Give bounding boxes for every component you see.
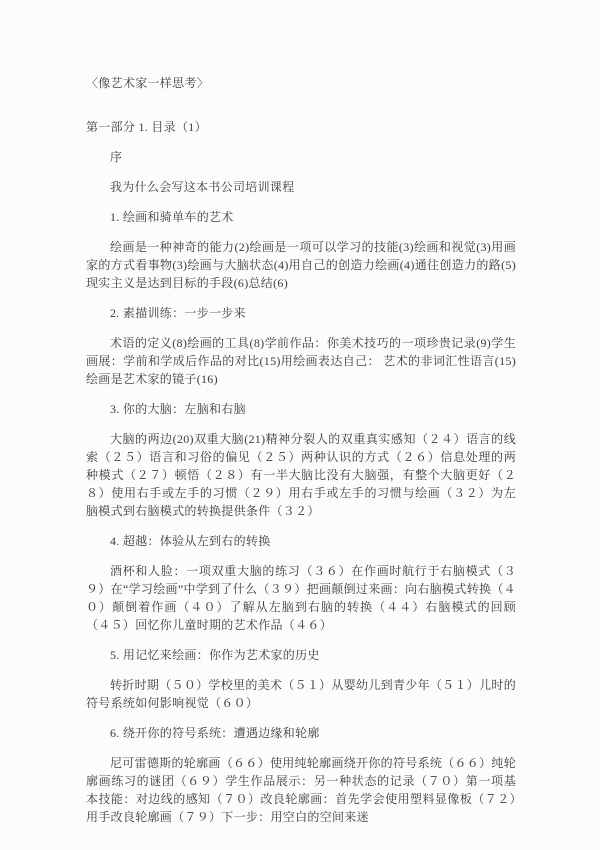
part-heading: 第一部分 1. 目录（1） [86,118,516,136]
book-title: 〈像艺术家一样思考〉 [86,74,516,92]
chapter-6-toc-paragraph: 尼可雷德斯的轮廓画（６６）使用纯轮廓画绕开你的符号系统（６６）纯轮廓画练习的谜团… [86,754,516,826]
chapter-5-heading: 5. 用记忆来绘画：你作为艺术家的历史 [86,646,516,664]
intro-heading: 我为什么会写这本书公司培训课程 [86,178,516,196]
chapter-3-heading: 3. 你的大脑：左脑和右脑 [86,400,516,418]
chapter-4-toc-paragraph: 酒杯和人脸：一项双重大脑的练习（３６）在作画时航行于右脑模式（３９）在“学习绘画… [86,562,516,634]
chapter-2-heading: 2. 素描训练：一步一步来 [86,304,516,322]
chapter-1-heading: 1. 绘画和骑单车的艺术 [86,208,516,226]
chapter-1-toc-paragraph: 绘画是一种神奇的能力(2)绘画是一项可以学习的技能(3)绘画和视觉(3)用画家的… [86,238,516,292]
chapter-5-toc-paragraph: 转折时期（５０）学校里的美术（５１）从婴幼儿到青少年（５１）儿时的符号系统如何影… [86,676,516,712]
document-page: 〈像艺术家一样思考〉 第一部分 1. 目录（1） 序 我为什么会写这本书公司培训… [86,74,516,838]
preface-heading: 序 [86,148,516,166]
chapter-6-heading: 6. 绕开你的符号系统：遭遇边缘和轮廓 [86,724,516,742]
chapter-3-toc-paragraph: 大脑的两边(20)双重大脑(21)精神分裂人的双重真实感知（２４）语言的线索（２… [86,430,516,520]
chapter-4-heading: 4. 超越：体验从左到右的转换 [86,532,516,550]
chapter-2-toc-paragraph: 术语的定义(8)绘画的工具(8)学前作品：你美术技巧的一项珍贵记录(9)学生画展… [86,334,516,388]
